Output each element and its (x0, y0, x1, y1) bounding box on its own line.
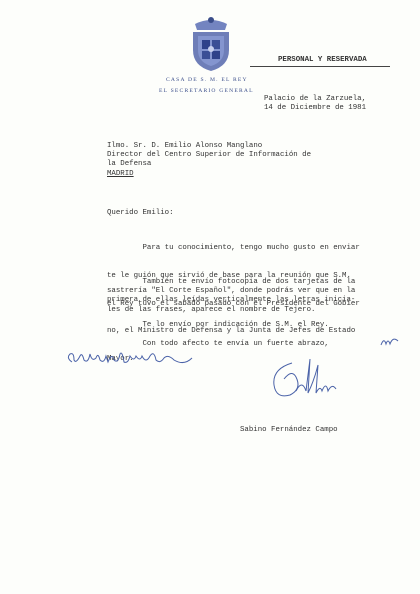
recipient-name: Ilmo. Sr. D. Emilio Alonso Manglano (107, 142, 322, 151)
body-line: También te envío fotocopia de dos tarjet… (107, 278, 322, 287)
recipient-title: Director del Centro Superior de Informac… (107, 151, 322, 160)
recipient-block: Ilmo. Sr. D. Emilio Alonso Manglano Dire… (107, 142, 322, 179)
classification-underline (250, 66, 390, 67)
paragraph-3: Te lo envío por indicación de S.M. el Re… (107, 321, 322, 330)
body-line: les de las frases, aparece el nombre de … (107, 306, 322, 315)
handwritten-note: cordialmente (64, 348, 214, 375)
signatory-name: Sabino Fernández Campo (240, 426, 338, 435)
place-line: Palacio de la Zarzuela, (264, 95, 366, 104)
classification-label: PERSONAL Y RESERVADA (278, 56, 367, 65)
recipient-title-cont: la Defensa (107, 160, 322, 169)
body-line: sastrería "El Corte Español", donde podr… (107, 287, 322, 296)
signature-icon: Sabino (262, 355, 352, 410)
date-line: 14 de Diciembre de 1981 (264, 104, 366, 113)
handwritten-mark-icon (380, 335, 400, 354)
royal-coat-of-arms-icon (189, 16, 233, 72)
body-line: primera de ellas leídas verticalmente la… (107, 296, 322, 305)
paragraph-2: También te envío fotocopia de dos tarjet… (107, 278, 322, 315)
body-line: Para tu conocimiento, tengo mucho gusto … (107, 244, 322, 253)
recipient-city: MADRID (107, 170, 322, 179)
letterhead-house: CASA DE S. M. EL REY (166, 77, 248, 83)
salutation: Querido Emilio: (107, 209, 322, 218)
letterhead-department: EL SECRETARIO GENERAL (159, 88, 254, 94)
